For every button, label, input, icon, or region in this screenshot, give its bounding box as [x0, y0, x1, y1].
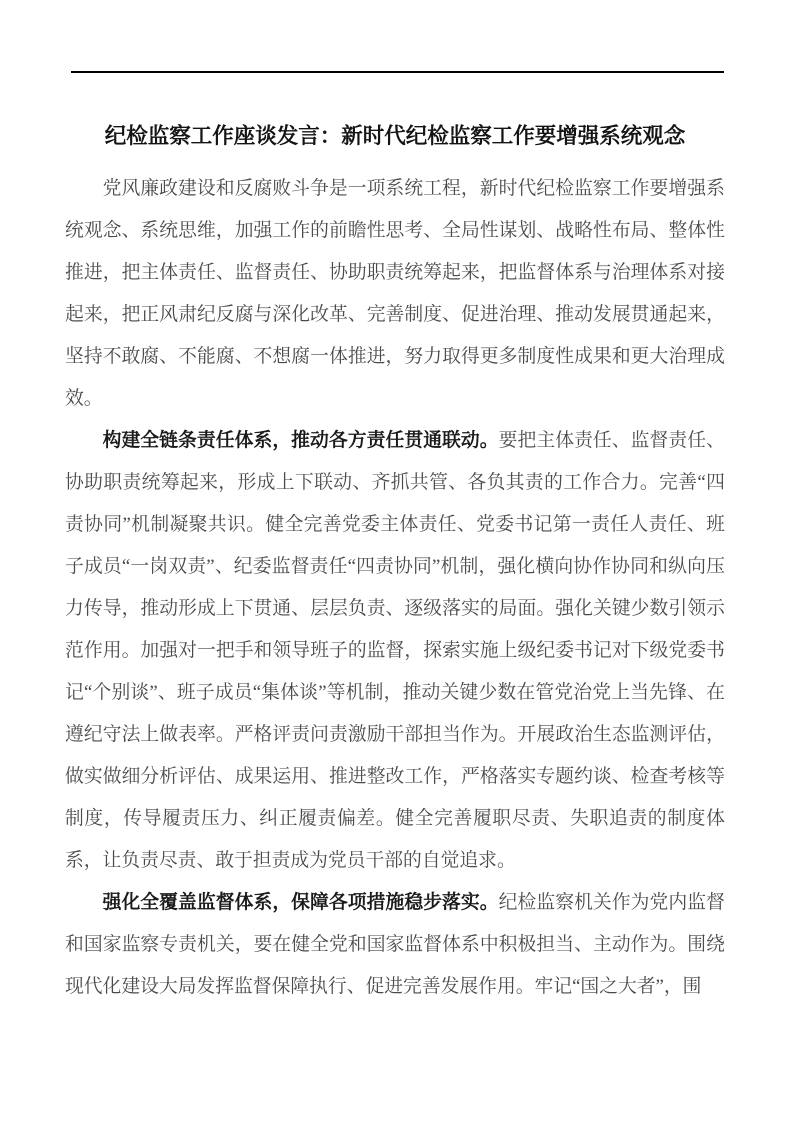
- paragraph-3-lead: 强化全覆盖监督体系，保障各项措施稳步落实。: [103, 892, 499, 913]
- document-body: 党风廉政建设和反腐败斗争是一项系统工程，新时代纪检监察工作要增强系统观念、系统思…: [65, 168, 725, 1008]
- paragraph-2: 构建全链条责任体系，推动各方责任贯通联动。要把主体责任、监督责任、协助职责统筹起…: [65, 420, 725, 882]
- paragraph-1: 党风廉政建设和反腐败斗争是一项系统工程，新时代纪检监察工作要增强系统观念、系统思…: [65, 168, 725, 420]
- paragraph-3: 强化全覆盖监督体系，保障各项措施稳步落实。纪检监察机关作为党内监督和国家监察专责…: [65, 882, 725, 1008]
- paragraph-2-lead: 构建全链条责任体系，推动各方责任贯通联动。: [103, 430, 499, 451]
- document-page: 纪检监察工作座谈发言：新时代纪检监察工作要增强系统观念 党风廉政建设和反腐败斗争…: [0, 0, 793, 1122]
- document-content: 纪检监察工作座谈发言：新时代纪检监察工作要增强系统观念 党风廉政建设和反腐败斗争…: [65, 0, 725, 1008]
- document-title: 纪检监察工作座谈发言：新时代纪检监察工作要增强系统观念: [65, 121, 725, 151]
- paragraph-1-text: 党风廉政建设和反腐败斗争是一项系统工程，新时代纪检监察工作要增强系统观念、系统思…: [65, 178, 725, 409]
- paragraph-2-text: 要把主体责任、监督责任、协助职责统筹起来，形成上下联动、齐抓共管、各负其责的工作…: [65, 430, 725, 871]
